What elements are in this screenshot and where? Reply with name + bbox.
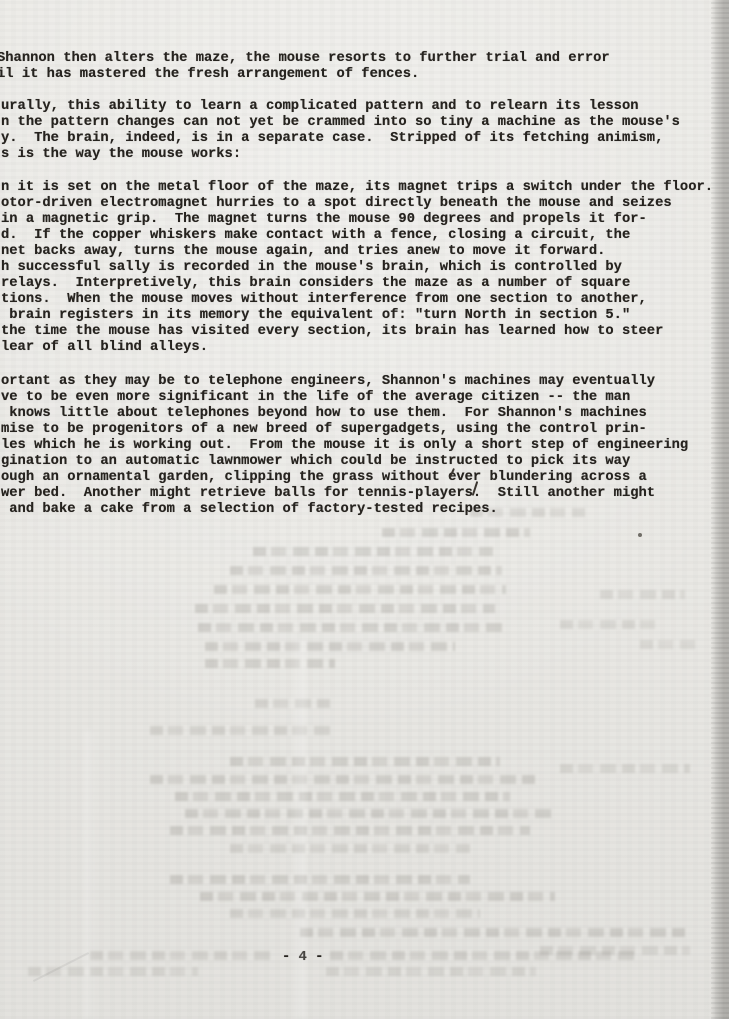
text-line: urally, this ability to learn a complica… bbox=[1, 99, 680, 115]
text-line: s is the way the mouse works: bbox=[1, 147, 680, 163]
typewritten-text: Shannon then alters the maze, the mouse … bbox=[0, 0, 729, 1019]
text-line: d. If the copper whiskers make contact w… bbox=[1, 228, 713, 244]
scan-edge bbox=[711, 0, 729, 1019]
paragraph: urally, this ability to learn a complica… bbox=[1, 99, 680, 163]
text-line: lear of all blind alleys. bbox=[1, 340, 713, 356]
paragraph: n it is set on the metal floor of the ma… bbox=[1, 180, 713, 356]
text-line: gination to an automatic lawnmower which… bbox=[1, 454, 688, 470]
text-line: les which he is working out. From the mo… bbox=[1, 438, 688, 454]
ink-speck bbox=[638, 533, 642, 537]
text-line: mise to be progenitors of a new breed of… bbox=[1, 422, 688, 438]
text-line: the time the mouse has visited every sec… bbox=[1, 324, 713, 340]
text-line: n it is set on the metal floor of the ma… bbox=[1, 180, 713, 196]
text-line: otor-driven electromagnet hurries to a s… bbox=[1, 196, 713, 212]
text-line: wer bed. Another might retrieve balls fo… bbox=[1, 486, 688, 502]
paragraph: ortant as they may be to telephone engin… bbox=[1, 374, 688, 518]
page-number: - 4 - bbox=[282, 950, 323, 966]
text-line: knows little about telephones beyond how… bbox=[1, 406, 688, 422]
text-line: ortant as they may be to telephone engin… bbox=[1, 374, 688, 390]
scanned-page: Shannon then alters the maze, the mouse … bbox=[0, 0, 729, 1019]
text-line: tions. When the mouse moves without inte… bbox=[1, 292, 713, 308]
text-line: ve to be even more significant in the li… bbox=[1, 390, 688, 406]
text-line: n the pattern changes can not yet be cra… bbox=[1, 115, 680, 131]
text-line: relays. Interpretively, this brain consi… bbox=[1, 276, 713, 292]
paragraph: Shannon then alters the maze, the mouse … bbox=[0, 51, 610, 83]
text-line: y. The brain, indeed, is in a separate c… bbox=[1, 131, 680, 147]
text-line: h successful sally is recorded in the mo… bbox=[1, 260, 713, 276]
text-line: ough an ornamental garden, clipping the … bbox=[1, 470, 688, 486]
text-line: and bake a cake from a selection of fact… bbox=[1, 502, 688, 518]
text-line: brain registers in its memory the equiva… bbox=[1, 308, 713, 324]
text-line: il it has mastered the fresh arrangement… bbox=[0, 67, 610, 83]
text-line: in a magnetic grip. The magnet turns the… bbox=[1, 212, 713, 228]
text-line: net backs away, turns the mouse again, a… bbox=[1, 244, 713, 260]
text-line: Shannon then alters the maze, the mouse … bbox=[0, 51, 610, 67]
